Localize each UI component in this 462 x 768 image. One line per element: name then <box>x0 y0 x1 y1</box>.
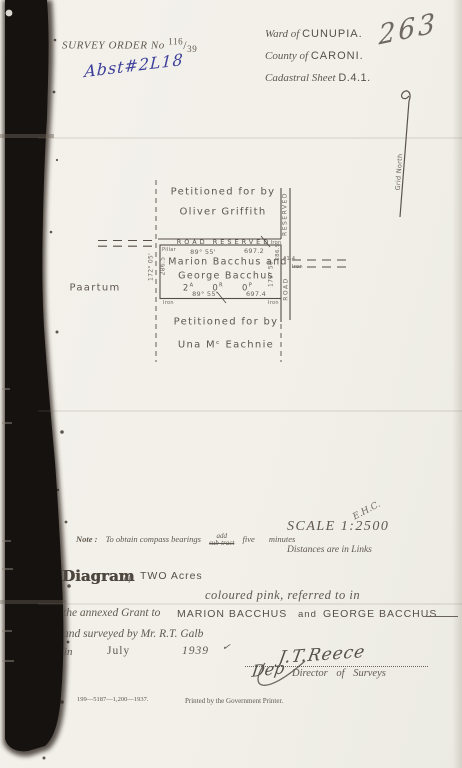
bottom-distance: 697.4 <box>246 290 266 298</box>
note-label: Note : <box>76 534 97 544</box>
printer-credit: Printed by the Government Printer. <box>185 697 283 705</box>
note-subtract: sub-tract <box>209 540 234 547</box>
left-bearing: 172° 05' <box>148 253 155 281</box>
scale-label: SCALE 1:2500 <box>287 519 389 535</box>
note-add-subtract: add sub-tract <box>209 533 234 547</box>
of-word: of <box>124 573 131 583</box>
ward-line: Ward of CUNUPIA. <box>265 28 363 40</box>
corner-marker-bottom-right: Iron <box>268 300 279 306</box>
road-vertical-label: ROAD <box>283 277 290 301</box>
bottom-bearing: 89° 55' <box>192 290 218 298</box>
year-checkmark: ✓ <box>221 641 231 653</box>
north-petition-line1: Petitioned for by <box>171 187 276 198</box>
note-tail: five minutes <box>242 534 295 544</box>
scan-black-band <box>0 0 90 768</box>
paper-edge-shadow <box>452 0 462 768</box>
compass-note: Note : To obtain compass bearings add su… <box>76 533 295 547</box>
acreage-value: TWO Acres <box>140 570 203 582</box>
ward-label: Ward of <box>265 28 299 40</box>
handwritten-abstract-note: Abst#2L18 <box>84 50 184 81</box>
paper-crease <box>38 410 462 412</box>
road-reserved-horizontal-label: ROAD RESERVED <box>177 238 272 246</box>
right-distance: 286.5 <box>275 243 281 260</box>
south-petition-line2: Una Mᶜ Eachnie <box>178 340 274 351</box>
south-petition-line1: Petitioned for by <box>174 317 279 328</box>
cadastral-value: D.4.1. <box>338 72 370 84</box>
grantee-one: MARION BACCHUS <box>177 608 287 620</box>
cadastral-label: Cadastral Sheet <box>265 72 336 84</box>
county-value: CARONI. <box>311 50 364 62</box>
top-distance: 697.2 <box>244 247 264 255</box>
road-reserved-vertical-label: RESERVED <box>282 192 289 236</box>
year-value: 1939 <box>182 645 209 657</box>
surveyed-by-line: and surveyed by Mr. R.T. Galb <box>63 628 203 640</box>
annexed-grant-prefix: the annexed Grant to <box>63 607 160 619</box>
print-code: 199—5187—1,200—1937. <box>77 696 149 703</box>
survey-order-label: SURVEY ORDER No <box>62 40 165 52</box>
month-value: July <box>107 645 130 657</box>
grantee-two: GEORGE BACCHUS <box>323 608 437 620</box>
cadastral-line: Cadastral Sheet D.4.1. <box>265 72 371 84</box>
paper-crease <box>38 603 462 605</box>
distances-note: Distances are in Links <box>287 545 372 555</box>
parcel-owner-line2: George Bacchus <box>178 271 274 282</box>
west-place-name: Paartum <box>69 283 120 294</box>
grantee-rule-line <box>425 616 458 617</box>
top-bearing: 89° 55' <box>190 248 216 256</box>
north-petition-line2: Oliver Griffith <box>179 207 266 218</box>
county-label: County of <box>265 50 308 62</box>
county-line: County of CARONI. <box>265 50 364 62</box>
right-offset-distance: 41.4 <box>283 256 295 262</box>
grid-north-arrow <box>378 85 438 225</box>
junction-marker-iron: Iron <box>292 264 303 270</box>
signature-title: Director of Surveys <box>292 668 386 679</box>
note-body: To obtain compass bearings <box>106 534 201 544</box>
ward-value: CUNUPIA. <box>302 28 363 40</box>
right-bearing: 179° 50' <box>268 259 275 287</box>
corner-marker-top-left: Pillar <box>162 247 176 253</box>
grantee-conjunction: and <box>298 609 317 620</box>
left-distance: 286.5 <box>160 257 167 276</box>
band-white-notch <box>6 10 13 17</box>
corner-marker-bottom-left: Iron <box>163 300 174 306</box>
scanned-survey-document: SURVEY ORDER No 116/39 Abst#2L18 Ward of… <box>0 0 462 768</box>
in-word: in <box>64 646 73 658</box>
handwritten-sheet-number: 263 <box>379 7 438 51</box>
coloured-pink-line: coloured pink, referred to in <box>205 588 360 603</box>
